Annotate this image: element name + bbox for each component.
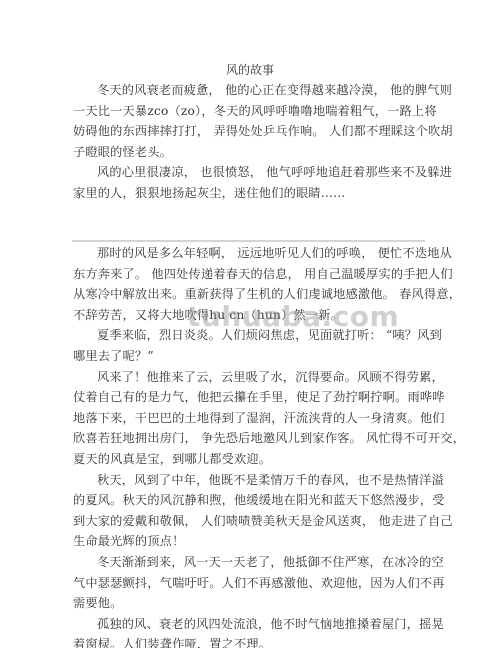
text-line: 哪里去了呢？” [73,346,403,367]
text-line: 孤独的风、衰老的风四处流浪，他不时气恼地推搡着屋门，摇晃 [73,614,403,635]
text-line: 地落下来，干巴巴的土地得到了湿润，汗流浃背的人一身清爽。他们 [73,408,403,429]
section-2: 那时的风是多么年轻啊， 远远地听见人们的呼唤， 便忙不迭地从东方奔来了。 他四处… [73,243,403,648]
text-line: 东方奔来了。 他四处传递着春天的信息， 用自己温暖厚实的手把人们 [73,264,403,285]
text-line: 不辞劳苦，又将大地吹得hu cn（hun）然一新。 [73,305,403,326]
text-line: 夏季来临，烈日炎炎。人们烦闷焦虑，见面就打听： “咦？风到 [73,325,403,346]
text-line: 子瞪眼的怪老头。 [73,142,403,163]
text-line: 那时的风是多么年轻啊， 远远地听见人们的呼唤， 便忙不迭地从 [73,243,403,264]
text-line: 夏天的风真是宝，到哪儿都受欢迎。 [73,449,403,470]
text-line: 气中瑟瑟颤抖，气喘吁吁。人们不再感激他、欢迎他，因为人们不再 [73,573,403,594]
section-divider [72,240,425,242]
section-1: 冬天的风衰老而疲惫， 他的心正在变得越来越冷漠， 他的脾气则一天比一天暴zco（… [73,80,403,204]
text-line: 的夏风。秋天的风沉静和煦，他缓缓地在阳光和蓝天下悠然漫步，受 [73,490,403,511]
text-line: 冬天的风衰老而疲惫， 他的心正在变得越来越冷漠， 他的脾气则 [73,80,403,101]
text-line: 生命最光辉的顶点！ [73,531,403,552]
text-line: 冬天渐渐到来，风一天一天老了，他抵御不住严寒，在冰冷的空 [73,552,403,573]
text-line: 从寒冷中解放出来。重新获得了生机的人们虔诚地感激他。 春风得意， [73,284,403,305]
text-line: 仗着自己有的是力气，他把云攥在手里，使足了劲拧啊拧啊。雨哗哗 [73,387,403,408]
text-line: 妨碍他的东西摔摔打打， 弄得处处乒乓作响。 人们都不理睬这个吹胡 [73,121,403,142]
document-title: 风的故事 [0,62,500,78]
text-line: 欣喜若狂地拥出房门， 争先恐后地邀风儿到家作客。 风忙得不可开交， [73,428,403,449]
document-page: 风的故事 冬天的风衰老而疲惫， 他的心正在变得越来越冷漠， 他的脾气则一天比一天… [0,0,500,648]
text-line: 需要他。 [73,593,403,614]
text-line: 家里的人，狠狠地扬起灰尘，迷住他们的眼睛…… [73,183,403,204]
text-line: 一天比一天暴zco（zo），冬天的风呼呼噜噜地喘着粗气，一路上将 [73,101,403,122]
text-line: 到大家的爱戴和敬佩， 人们啧啧赞美秋天是金风送爽， 他走进了自己 [73,511,403,532]
text-line: 风的心里很凄凉， 也很愤怒， 他气呼呼地追赶着那些来不及躲进 [73,162,403,183]
text-line: 秋天，风到了中年，他既不是柔情万千的春风，也不是热情洋溢 [73,470,403,491]
text-line: 风来了！他推来了云，云里吸了水，沉得要命。风顾不得劳累， [73,367,403,388]
text-line: 着窗棂。人们装聋作哑，置之不理。 [73,634,403,648]
